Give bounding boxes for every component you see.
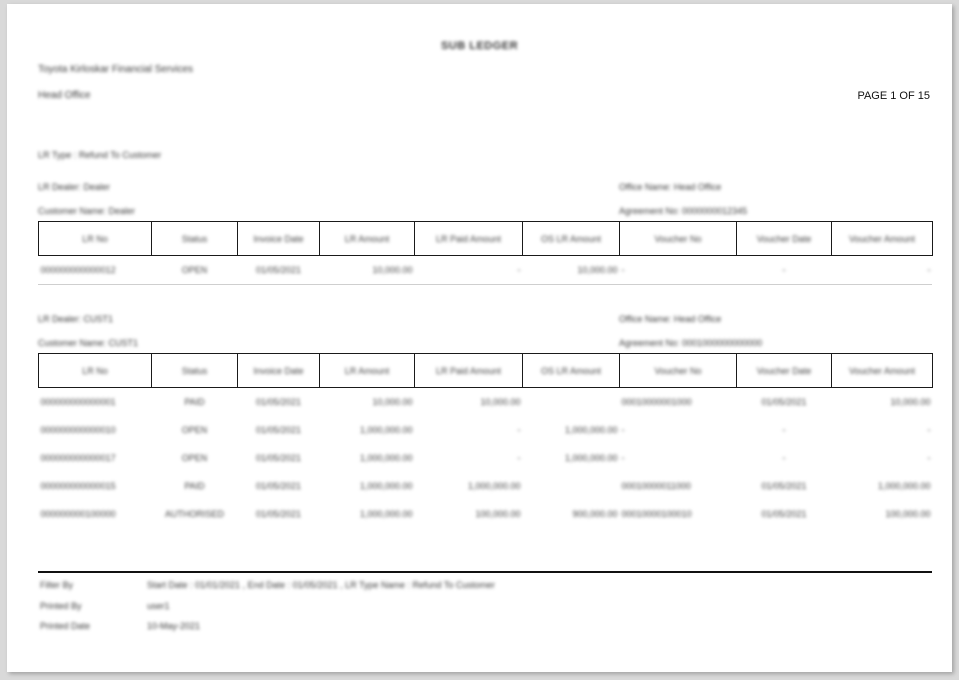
- table-cell: -: [737, 256, 832, 285]
- table-cell: 01/05/2021: [737, 388, 832, 417]
- table-cell: OPEN: [152, 444, 238, 472]
- table-cell: 00010000001000: [620, 388, 737, 417]
- table-cell: 01/05/2021: [238, 416, 320, 444]
- page-number: PAGE 1 OF 15: [857, 90, 930, 102]
- table-cell: 01/05/2021: [737, 500, 832, 528]
- column-header: LR No: [39, 222, 152, 256]
- column-header: OS LR Amount: [523, 222, 620, 256]
- table-cell: 1,000,000.00: [523, 444, 620, 472]
- column-header: LR Paid Amount: [415, 222, 523, 256]
- footer-rule: [38, 571, 932, 573]
- section-divider: [38, 284, 932, 285]
- section-1-office: Office Name: Head Office: [619, 182, 721, 192]
- printed-date-label: Printed Date: [40, 621, 90, 631]
- table-cell: [523, 472, 620, 500]
- column-header: Voucher No: [620, 222, 737, 256]
- table-cell: OPEN: [152, 256, 238, 285]
- table-header-row: LR NoStatusInvoice DateLR AmountLR Paid …: [39, 222, 933, 256]
- table-cell: 00010000100010: [620, 500, 737, 528]
- table-cell: -: [620, 416, 737, 444]
- table-row: 000000000000001PAID01/05/202110,000.0010…: [39, 388, 933, 417]
- table-row: 000000000000017OPEN01/05/20211,000,000.0…: [39, 444, 933, 472]
- column-header: LR Paid Amount: [415, 354, 523, 388]
- printed-by-value: user1: [147, 601, 170, 611]
- table-cell: 1,000,000.00: [320, 500, 415, 528]
- table-cell: -: [832, 416, 933, 444]
- section-1-customer: Customer Name: Dealer: [38, 206, 135, 216]
- table-cell: AUTHORISED: [152, 500, 238, 528]
- table-row: 000000000100000AUTHORISED01/05/20211,000…: [39, 500, 933, 528]
- table-cell: 10,000.00: [320, 388, 415, 417]
- table-cell: 01/05/2021: [238, 500, 320, 528]
- section-1-agreement: Agreement No: 0000000012345: [619, 206, 747, 216]
- section-2-agreement: Agreement No: 0001000000000000: [619, 338, 762, 348]
- filter-by-label: Filter By: [40, 580, 73, 590]
- column-header: LR Amount: [320, 354, 415, 388]
- table-cell: 10,000.00: [320, 256, 415, 285]
- table-cell: 000000000000012: [39, 256, 152, 285]
- column-header: Invoice Date: [238, 354, 320, 388]
- ledger-table-1: LR NoStatusInvoice DateLR AmountLR Paid …: [38, 221, 933, 284]
- filter-by-value: Start Date : 01/01/2021 , End Date : 01/…: [147, 580, 495, 590]
- table-cell: -: [415, 256, 523, 285]
- table-cell: -: [737, 416, 832, 444]
- column-header: LR Amount: [320, 222, 415, 256]
- column-header: Voucher Date: [737, 354, 832, 388]
- column-header: Voucher Date: [737, 222, 832, 256]
- column-header: OS LR Amount: [523, 354, 620, 388]
- column-header: Voucher Amount: [832, 354, 933, 388]
- table-cell: 10,000.00: [832, 388, 933, 417]
- report-page: SUB LEDGER Toyota Kirloskar Financial Se…: [7, 4, 952, 672]
- table-cell: 01/05/2021: [238, 472, 320, 500]
- column-header: Voucher Amount: [832, 222, 933, 256]
- table-cell: PAID: [152, 472, 238, 500]
- table-cell: 01/05/2021: [238, 256, 320, 285]
- table-cell: 1,000,000.00: [832, 472, 933, 500]
- table-cell: -: [415, 416, 523, 444]
- table-cell: 100,000.00: [832, 500, 933, 528]
- section-1-dealer: LR Dealer: Dealer: [38, 182, 110, 192]
- table-cell: 10,000.00: [415, 388, 523, 417]
- table-cell: 000000000000010: [39, 416, 152, 444]
- table-cell: 000000000100000: [39, 500, 152, 528]
- table-cell: 1,000,000.00: [320, 444, 415, 472]
- table-cell: -: [737, 444, 832, 472]
- table-cell: OPEN: [152, 416, 238, 444]
- table-cell: 10,000.00: [523, 256, 620, 285]
- column-header: Invoice Date: [238, 222, 320, 256]
- table-cell: 1,000,000.00: [320, 472, 415, 500]
- printed-by-label: Printed By: [40, 601, 82, 611]
- table-row: 000000000000012OPEN01/05/202110,000.00-1…: [39, 256, 933, 285]
- table-row: 000000000000015PAID01/05/20211,000,000.0…: [39, 472, 933, 500]
- printed-date-value: 10-May-2021: [147, 621, 200, 631]
- section-2-dealer: LR Dealer: CUST1: [38, 314, 113, 324]
- column-header: Status: [152, 354, 238, 388]
- table-cell: [523, 388, 620, 417]
- lr-type-filter: LR Type : Refund To Customer: [38, 150, 161, 160]
- section-2-customer: Customer Name: CUST1: [38, 338, 138, 348]
- table-cell: 00010000011000: [620, 472, 737, 500]
- table-header-row: LR NoStatusInvoice DateLR AmountLR Paid …: [39, 354, 933, 388]
- section-2-office: Office Name: Head Office: [619, 314, 721, 324]
- table-cell: 000000000000001: [39, 388, 152, 417]
- table-cell: 1,000,000.00: [415, 472, 523, 500]
- table-cell: 1,000,000.00: [523, 416, 620, 444]
- table-cell: 000000000000017: [39, 444, 152, 472]
- table-cell: 100,000.00: [415, 500, 523, 528]
- table-cell: -: [832, 256, 933, 285]
- column-header: Status: [152, 222, 238, 256]
- company-name: Toyota Kirloskar Financial Services: [38, 64, 193, 75]
- table-cell: -: [832, 444, 933, 472]
- table-cell: 900,000.00: [523, 500, 620, 528]
- table-cell: 000000000000015: [39, 472, 152, 500]
- report-title: SUB LEDGER: [7, 40, 952, 52]
- table-cell: 01/05/2021: [737, 472, 832, 500]
- table-cell: -: [620, 444, 737, 472]
- column-header: Voucher No: [620, 354, 737, 388]
- table-cell: 01/05/2021: [238, 388, 320, 417]
- column-header: LR No: [39, 354, 152, 388]
- table-cell: -: [415, 444, 523, 472]
- table-cell: 1,000,000.00: [320, 416, 415, 444]
- table-cell: -: [620, 256, 737, 285]
- table-row: 000000000000010OPEN01/05/20211,000,000.0…: [39, 416, 933, 444]
- ledger-table-2: LR NoStatusInvoice DateLR AmountLR Paid …: [38, 353, 933, 528]
- table-cell: PAID: [152, 388, 238, 417]
- branch-name: Head Office: [38, 90, 91, 101]
- table-cell: 01/05/2021: [238, 444, 320, 472]
